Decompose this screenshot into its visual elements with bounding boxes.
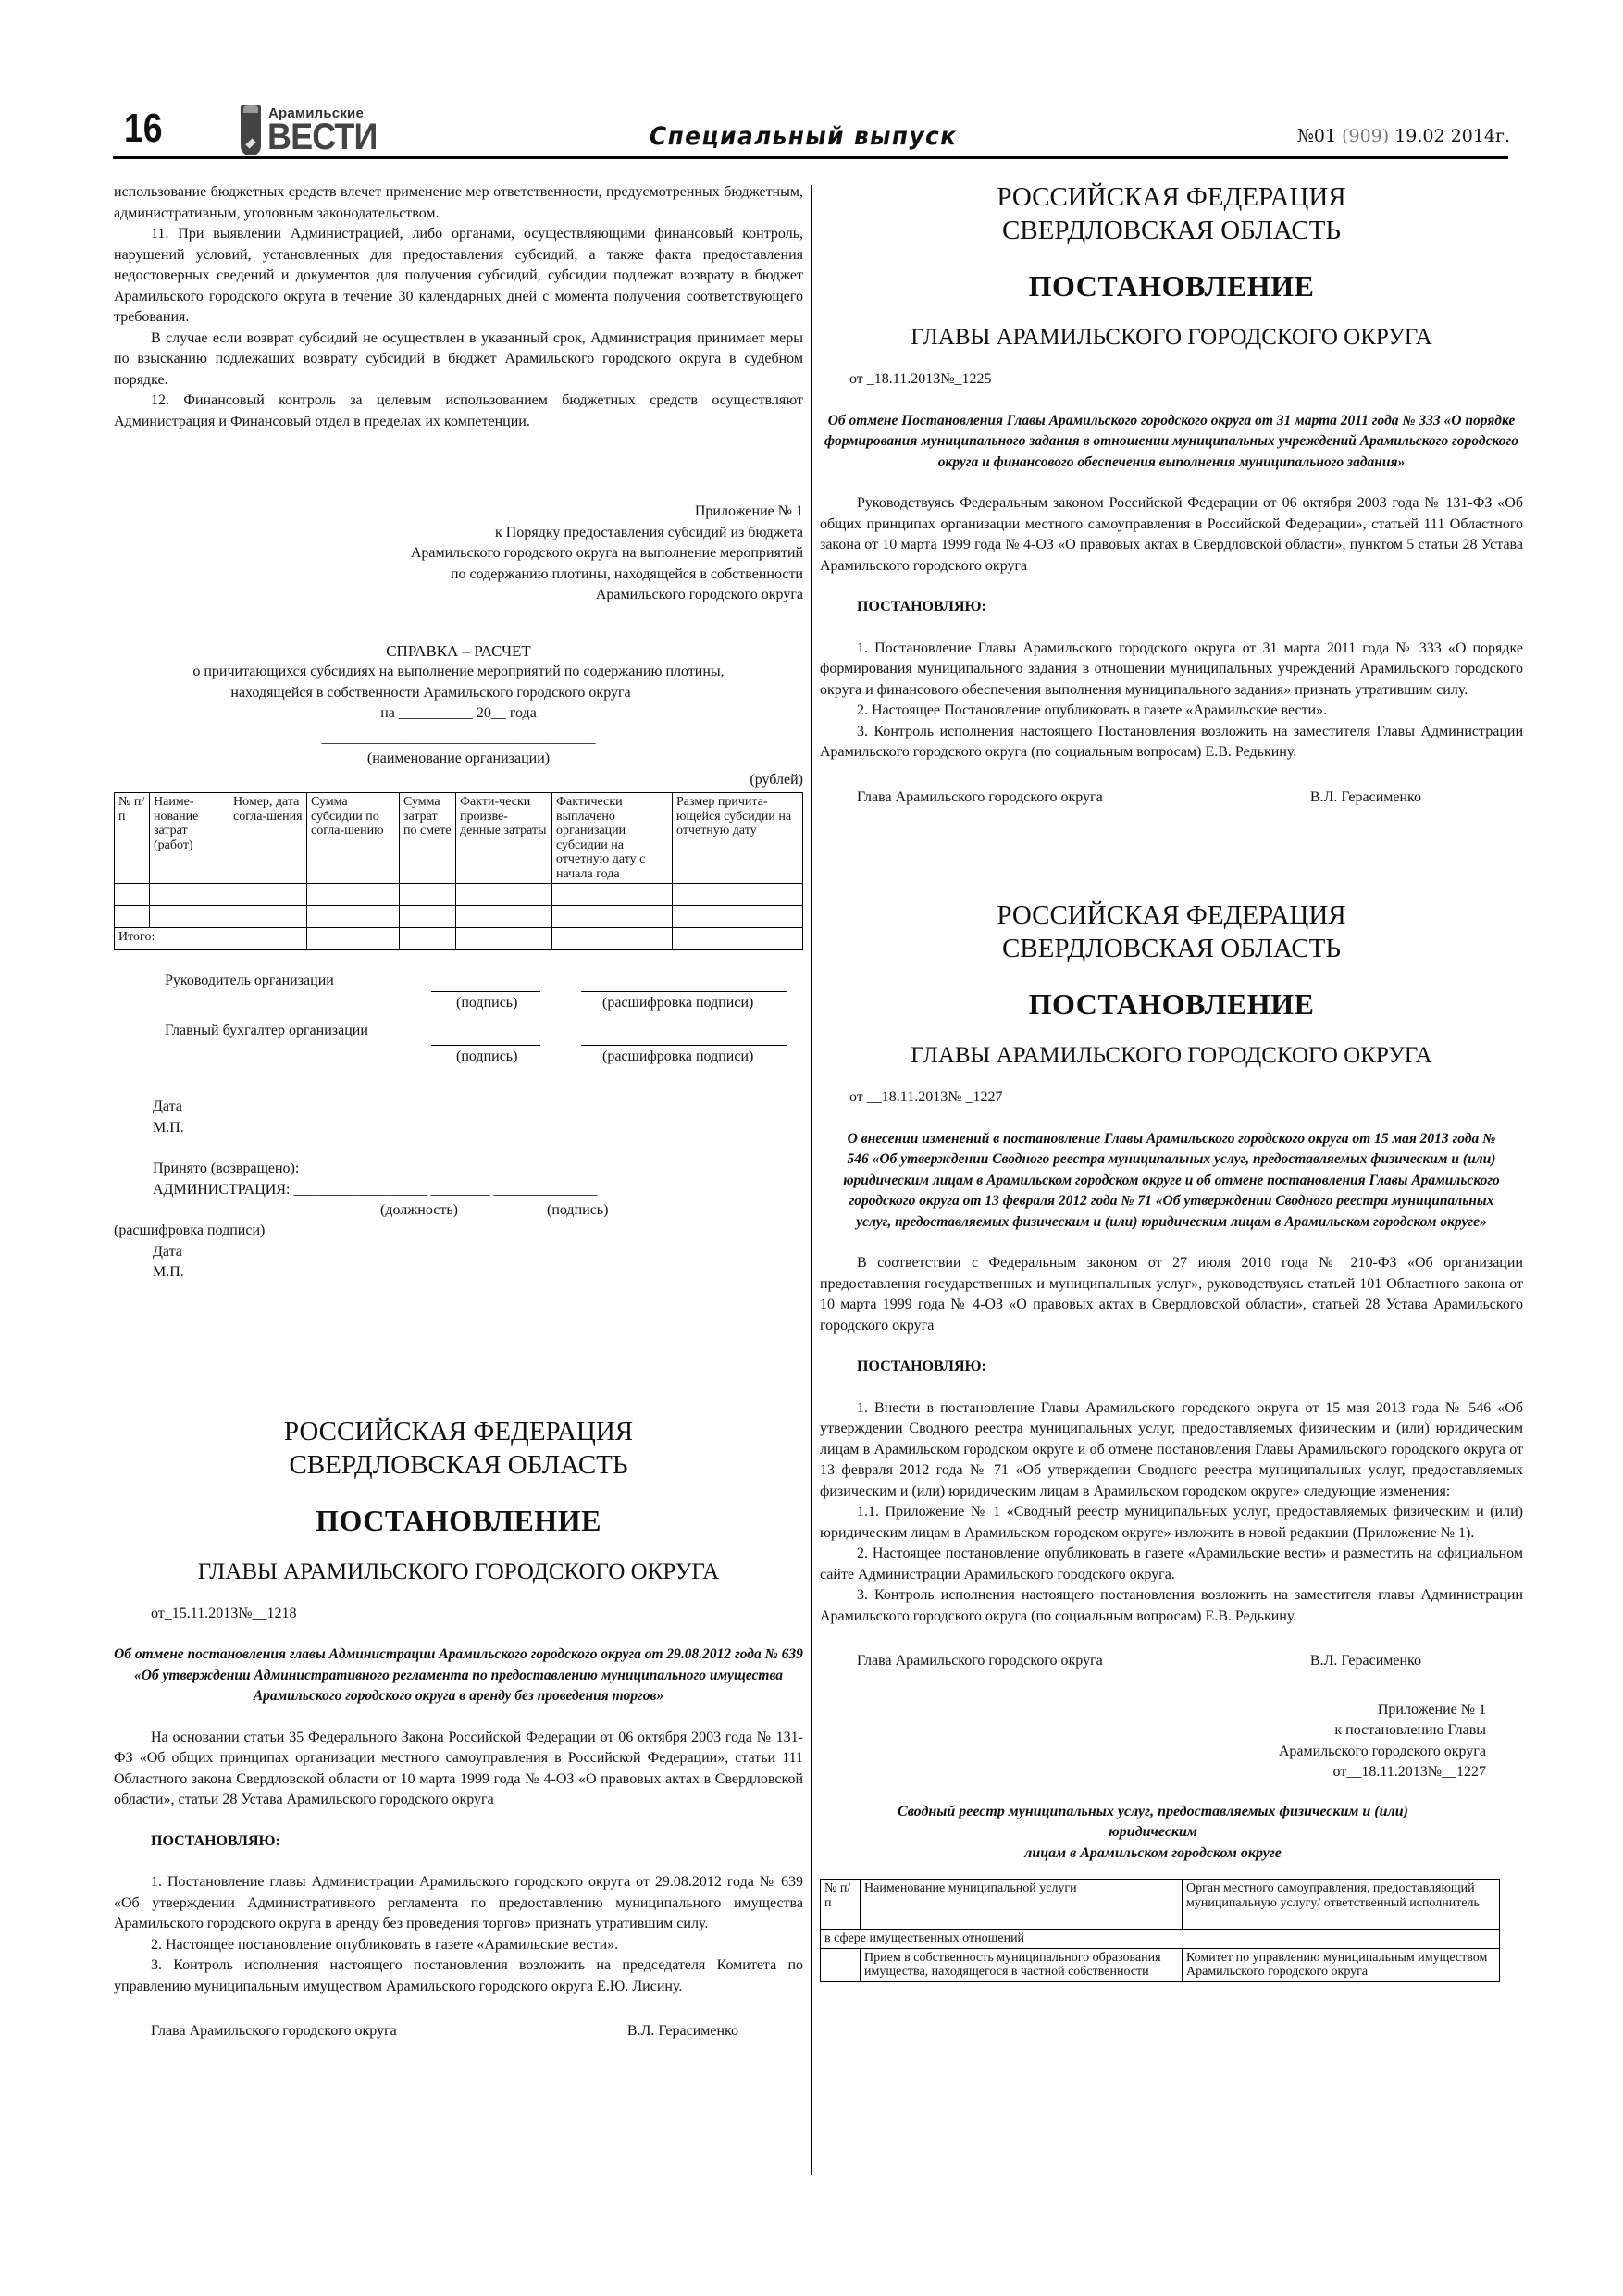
decree-country: РОССИЙСКАЯ ФЕДЕРАЦИЯ (114, 1415, 803, 1448)
right-column: РОССИЙСКАЯ ФЕДЕРАЦИЯ СВЕРДЛОВСКАЯ ОБЛАСТ… (820, 180, 1523, 1982)
appendix-line: Арамильского городского округа (114, 585, 803, 606)
decree-1225: РОССИЙСКАЯ ФЕДЕРАЦИЯ СВЕРДЛОВСКАЯ ОБЛАСТ… (820, 180, 1523, 808)
decree-title: ПОСТАНОВЛЕНИЕ (820, 986, 1523, 1023)
accountant-label: Главный бухгалтер организации (165, 1021, 368, 1042)
decree-region: СВЕРДЛОВСКАЯ ОБЛАСТЬ (820, 932, 1523, 965)
signature-row-accountant: Главный бухгалтер организации (подпись) … (114, 1023, 803, 1069)
decree-date: от_15.11.2013№__1218 (114, 1604, 803, 1625)
sign-caption: (подпись) (456, 1047, 517, 1068)
register-title-line: лицам в Арамильском городском округе (820, 1843, 1486, 1865)
signature-row-head: Руководитель организации (подпись) (расш… (114, 971, 803, 1017)
table-header-cell: Сумма субсидии по согла-шению (307, 793, 400, 884)
sign-name: В.Л. Герасименко (1310, 1651, 1421, 1672)
decree-preamble: В соответствии с Федеральным законом от … (820, 1253, 1523, 1336)
decree-signature: Глава Арамильского городского округа В.Л… (820, 788, 1523, 809)
admin-captions: (должность) (подпись) (114, 1200, 803, 1221)
sign-name: В.Л. Герасименко (627, 2021, 738, 2042)
register-title-line: юридическим (820, 1822, 1486, 1843)
table-header-cell: Фактически выплачено организации субсиди… (552, 793, 673, 884)
decree-item: 3. Контроль исполнения настоящего постан… (820, 1585, 1523, 1627)
decree-title: ПОСТАНОВЛЕНИЕ (114, 1502, 803, 1539)
paragraph: использование бюджетных средств влечет п… (114, 182, 803, 224)
issue-date: 19.02 2014г. (1389, 126, 1510, 146)
signature-decode-line (581, 1045, 787, 1046)
coat-of-arms-icon (241, 105, 261, 155)
signature-block: Руководитель организации (подпись) (расш… (114, 971, 803, 1284)
decree-country: РОССИЙСКАЯ ФЕДЕРАЦИЯ (820, 899, 1523, 932)
head-label: Руководитель организации (165, 971, 334, 992)
signature-line (431, 1045, 540, 1046)
appendix-line: по содержанию плотины, находящейся в соб… (114, 565, 803, 586)
masthead: 16 Арамильские ВЕСТИ Специальный выпуск … (113, 102, 1519, 159)
appendix-line: к Порядку предоставления субсидий из бюд… (114, 523, 803, 544)
total-label: Итого: (115, 928, 229, 950)
table-total-row: Итого: (115, 928, 803, 950)
admin-line: АДМИНИСТРАЦИЯ: __________________ ______… (153, 1180, 803, 1201)
paragraph: 12. Финансовый контроль за целевым испол… (114, 391, 803, 432)
decode-caption: (расшифровка подписи) (602, 1047, 753, 1068)
table-header-cell: № п/п (115, 793, 150, 884)
decree-subtitle: ГЛАВЫ АРАМИЛЬСКОГО ГОРОДСКОГО ОКРУГА (114, 1558, 803, 1587)
newspaper-logo: Арамильские ВЕСТИ (241, 105, 398, 155)
section-label: в сфере имущественных отношений (821, 1930, 1500, 1949)
decree-item: 1. Постановление главы Администрации Ара… (114, 1872, 803, 1935)
table-header-cell: Наиме-нование затрат (работ) (150, 793, 229, 884)
decree-country: РОССИЙСКАЯ ФЕДЕРАЦИЯ (820, 180, 1523, 214)
table-header-cell: Факти-чески произве-денные затраты (456, 793, 552, 884)
issue-number: №01 (1297, 126, 1342, 146)
sign-name: В.Л. Герасименко (1310, 788, 1421, 809)
decode-caption: (расшифровка подписи) (602, 993, 753, 1014)
table-row: Прием в собственность муниципального обр… (821, 1948, 1500, 1981)
decree-signature: Глава Арамильского городского округа В.Л… (114, 2021, 803, 2042)
date-seal: Дата М.П. (114, 1242, 803, 1284)
appendix-line: Арамильского городского округа (820, 1742, 1486, 1763)
decree-signature: Глава Арамильского городского округа В.Л… (820, 1651, 1523, 1672)
left-column: использование бюджетных средств влечет п… (114, 182, 803, 2042)
org-line: _____________________________________ (114, 728, 803, 750)
calc-subtitle: о причитающихся субсидиях на выполнение … (114, 662, 803, 683)
sign-role: Глава Арамильского городского округа (857, 788, 1103, 809)
date-label: Дата (153, 1097, 803, 1118)
org-caption: (наименование организации) (114, 749, 803, 770)
appendix-line: к постановлению Главы (820, 1720, 1486, 1742)
table-cell: Комитет по управлению муниципальным имущ… (1183, 1948, 1500, 1981)
decree-resolve: ПОСТАНОВЛЯЮ: (820, 597, 1523, 618)
register-title-line: Сводный реестр муниципальных услуг, пред… (820, 1802, 1486, 1823)
appendix-line: от__18.11.2013№__1227 (820, 1762, 1486, 1783)
decree-date: от _18.11.2013№_1225 (820, 369, 1523, 391)
decree-item: 3. Контроль исполнения настоящего Постан… (820, 722, 1523, 763)
decree-subject: Об отмене постановления главы Администра… (114, 1644, 803, 1707)
decree-1218: РОССИЙСКАЯ ФЕДЕРАЦИЯ СВЕРДЛОВСКАЯ ОБЛАСТ… (114, 1415, 803, 2042)
decree-subject: Об отмене Постановления Главы Арамильско… (820, 411, 1523, 474)
decree-preamble: Руководствуясь Федеральным законом Росси… (820, 493, 1523, 577)
position-caption: (должность) (380, 1200, 458, 1222)
appendix-block: Приложение № 1 к постановлению Главы Ара… (820, 1700, 1523, 1783)
decode-caption: (расшифровка подписи) (114, 1221, 803, 1242)
table-header-row: № п/п Наименование муниципальной услуги … (821, 1880, 1500, 1930)
issue-total: (909) (1342, 126, 1389, 146)
calc-subtitle: находящейся в собственности Арамильского… (114, 683, 803, 704)
decree-item: 1.1. Приложение № 1 «Сводный реестр муни… (820, 1502, 1523, 1544)
issue-meta: №01 (909) 19.02 2014г. (1297, 126, 1510, 146)
decree-region: СВЕРДЛОВСКАЯ ОБЛАСТЬ (114, 1448, 803, 1482)
date-label: Дата (153, 1242, 803, 1263)
paragraph: В случае если возврат субсидий не осущес… (114, 329, 803, 391)
table-row (115, 884, 803, 906)
decree-resolve: ПОСТАНОВЛЯЮ: (820, 1357, 1523, 1378)
sign-caption: (подпись) (456, 993, 517, 1014)
table-header-cell: Номер, дата согла-шения (229, 793, 307, 884)
date-seal: Дата М.П. (114, 1097, 803, 1138)
table-row (115, 906, 803, 928)
decree-item: 2. Настоящее Постановление опубликовать … (820, 701, 1523, 722)
table-header-cell: Наименование муниципальной услуги (861, 1880, 1183, 1930)
sign-role: Глава Арамильского городского округа (151, 2021, 397, 2042)
decree-region: СВЕРДЛОВСКАЯ ОБЛАСТЬ (820, 214, 1523, 247)
table-header-cell: Сумма затрат по смете (400, 793, 456, 884)
appendix-line: Приложение № 1 (820, 1700, 1486, 1721)
decree-subtitle: ГЛАВЫ АРАМИЛЬСКОГО ГОРОДСКОГО ОКРУГА (820, 323, 1523, 353)
masthead-rule (113, 156, 1508, 159)
decree-resolve: ПОСТАНОВЛЯЮ: (114, 1831, 803, 1853)
column-divider (811, 185, 811, 2175)
currency-label: (рублей) (114, 770, 803, 791)
signature-decode-line (581, 991, 787, 992)
calc-period: на __________ 20__ года (114, 703, 803, 725)
accepted-block: Принято (возвращено): АДМИНИСТРАЦИЯ: ___… (114, 1159, 803, 1200)
decree-subject: О внесении изменений в постановление Гла… (820, 1129, 1523, 1234)
decree-item: 2. Настоящее постановление опубликовать … (820, 1544, 1523, 1585)
seal-label: М.П. (153, 1262, 803, 1284)
table-cell: Прием в собственность муниципального обр… (861, 1948, 1183, 1981)
sign-caption: (подпись) (547, 1200, 608, 1222)
decree-item: 3. Контроль исполнения настоящего постан… (114, 1955, 803, 1997)
table-header-row: № п/п Наиме-нование затрат (работ) Номер… (115, 793, 803, 884)
table-header-cell: Орган местного самоуправления, предостав… (1183, 1880, 1500, 1930)
calc-table: № п/п Наиме-нование затрат (работ) Номер… (114, 792, 803, 950)
table-header-cell: № п/п (821, 1880, 861, 1930)
appendix-block: Приложение № 1 к Порядку предоставления … (114, 502, 803, 606)
decree-date: от __18.11.2013№ _1227 (820, 1087, 1523, 1109)
sign-role: Глава Арамильского городского округа (857, 1651, 1103, 1672)
page-number: 16 (124, 105, 163, 152)
table-header-cell: Размер причита-ющейся субсидии на отчетн… (673, 793, 803, 884)
decree-subtitle: ГЛАВЫ АРАМИЛЬСКОГО ГОРОДСКОГО ОКРУГА (820, 1041, 1523, 1071)
signature-line (431, 991, 540, 992)
register-title: Сводный реестр муниципальных услуг, пред… (820, 1802, 1523, 1865)
decree-preamble: На основании статьи 35 Федерального Зако… (114, 1728, 803, 1811)
logo-big-text: ВЕСТИ (267, 117, 377, 158)
paragraph: 11. При выявлении Администрацией, либо о… (114, 224, 803, 329)
register-table: № п/п Наименование муниципальной услуги … (820, 1879, 1500, 1982)
decree-item: 1. Постановление Главы Арамильского горо… (820, 639, 1523, 701)
issue-label: Специальный выпуск (650, 122, 957, 151)
accepted-label: Принято (возвращено): (153, 1159, 803, 1180)
appendix-line: Арамильского городского округа на выполн… (114, 543, 803, 565)
decree-item: 1. Внести в постановление Главы Арамильс… (820, 1398, 1523, 1503)
table-cell (821, 1948, 861, 1981)
decree-1227: РОССИЙСКАЯ ФЕДЕРАЦИЯ СВЕРДЛОВСКАЯ ОБЛАСТ… (820, 899, 1523, 1982)
decree-title: ПОСТАНОВЛЕНИЕ (820, 267, 1523, 304)
seal-label: М.П. (153, 1118, 803, 1139)
table-section-row: в сфере имущественных отношений (821, 1930, 1500, 1949)
decree-item: 2. Настоящее постановление опубликовать … (114, 1935, 803, 1956)
calc-title: СПРАВКА – РАСЧЕТ (114, 641, 803, 663)
appendix-line: Приложение № 1 (114, 502, 803, 523)
